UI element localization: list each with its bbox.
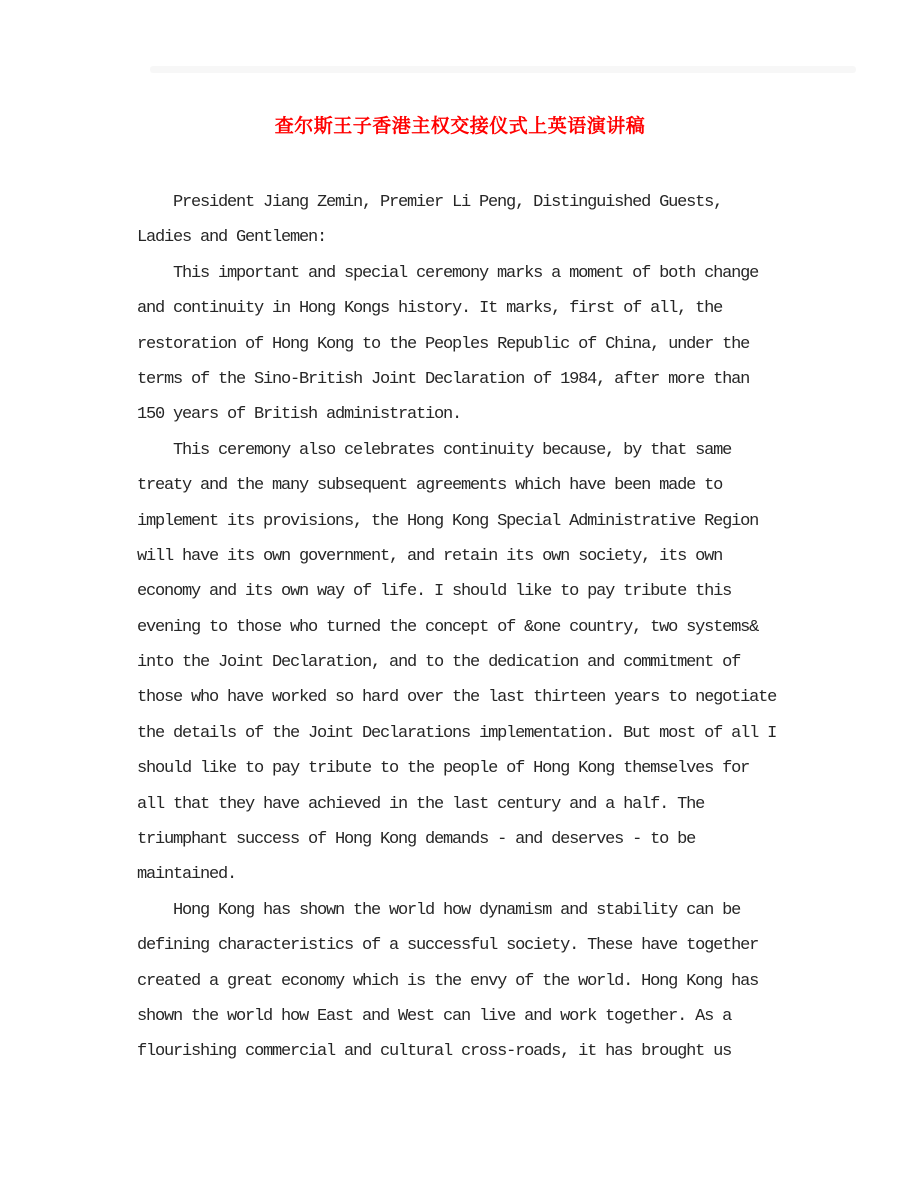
paragraph: Hong Kong has shown the world how dynami… [137, 893, 797, 1070]
faint-watermark-streak [150, 66, 856, 73]
document-title: 查尔斯王子香港主权交接仪式上英语演讲稿 [0, 114, 920, 140]
text-line: and continuity in Hong Kongs history. It… [137, 291, 797, 326]
text-line: implement its provisions, the Hong Kong … [137, 504, 797, 539]
text-line: This ceremony also celebrates continuity… [137, 433, 797, 468]
text-line: This important and special ceremony mark… [137, 256, 797, 291]
text-line: restoration of Hong Kong to the Peoples … [137, 327, 797, 362]
paragraph: President Jiang Zemin, Premier Li Peng, … [137, 185, 797, 256]
text-line: into the Joint Declaration, and to the d… [137, 645, 797, 680]
paragraph: This ceremony also celebrates continuity… [137, 433, 797, 893]
text-line: evening to those who turned the concept … [137, 610, 797, 645]
text-line: triumphant success of Hong Kong demands … [137, 822, 797, 857]
text-line: Hong Kong has shown the world how dynami… [137, 893, 797, 928]
text-line: defining characteristics of a successful… [137, 928, 797, 963]
text-line: maintained. [137, 857, 797, 892]
document-body: President Jiang Zemin, Premier Li Peng, … [137, 185, 797, 1070]
text-line: shown the world how East and West can li… [137, 999, 797, 1034]
text-line: 150 years of British administration. [137, 397, 797, 432]
text-line: the details of the Joint Declarations im… [137, 716, 797, 751]
text-line: all that they have achieved in the last … [137, 787, 797, 822]
paragraph: This important and special ceremony mark… [137, 256, 797, 433]
text-line: Ladies and Gentlemen: [137, 220, 797, 255]
document-page: 查尔斯王子香港主权交接仪式上英语演讲稿 President Jiang Zemi… [0, 0, 920, 1191]
text-line: will have its own government, and retain… [137, 539, 797, 574]
text-line: treaty and the many subsequent agreement… [137, 468, 797, 503]
text-line: flourishing commercial and cultural cros… [137, 1034, 797, 1069]
text-line: should like to pay tribute to the people… [137, 751, 797, 786]
text-line: those who have worked so hard over the l… [137, 680, 797, 715]
text-line: President Jiang Zemin, Premier Li Peng, … [137, 185, 797, 220]
text-line: created a great economy which is the env… [137, 964, 797, 999]
text-line: terms of the Sino-British Joint Declarat… [137, 362, 797, 397]
text-line: economy and its own way of life. I shoul… [137, 574, 797, 609]
